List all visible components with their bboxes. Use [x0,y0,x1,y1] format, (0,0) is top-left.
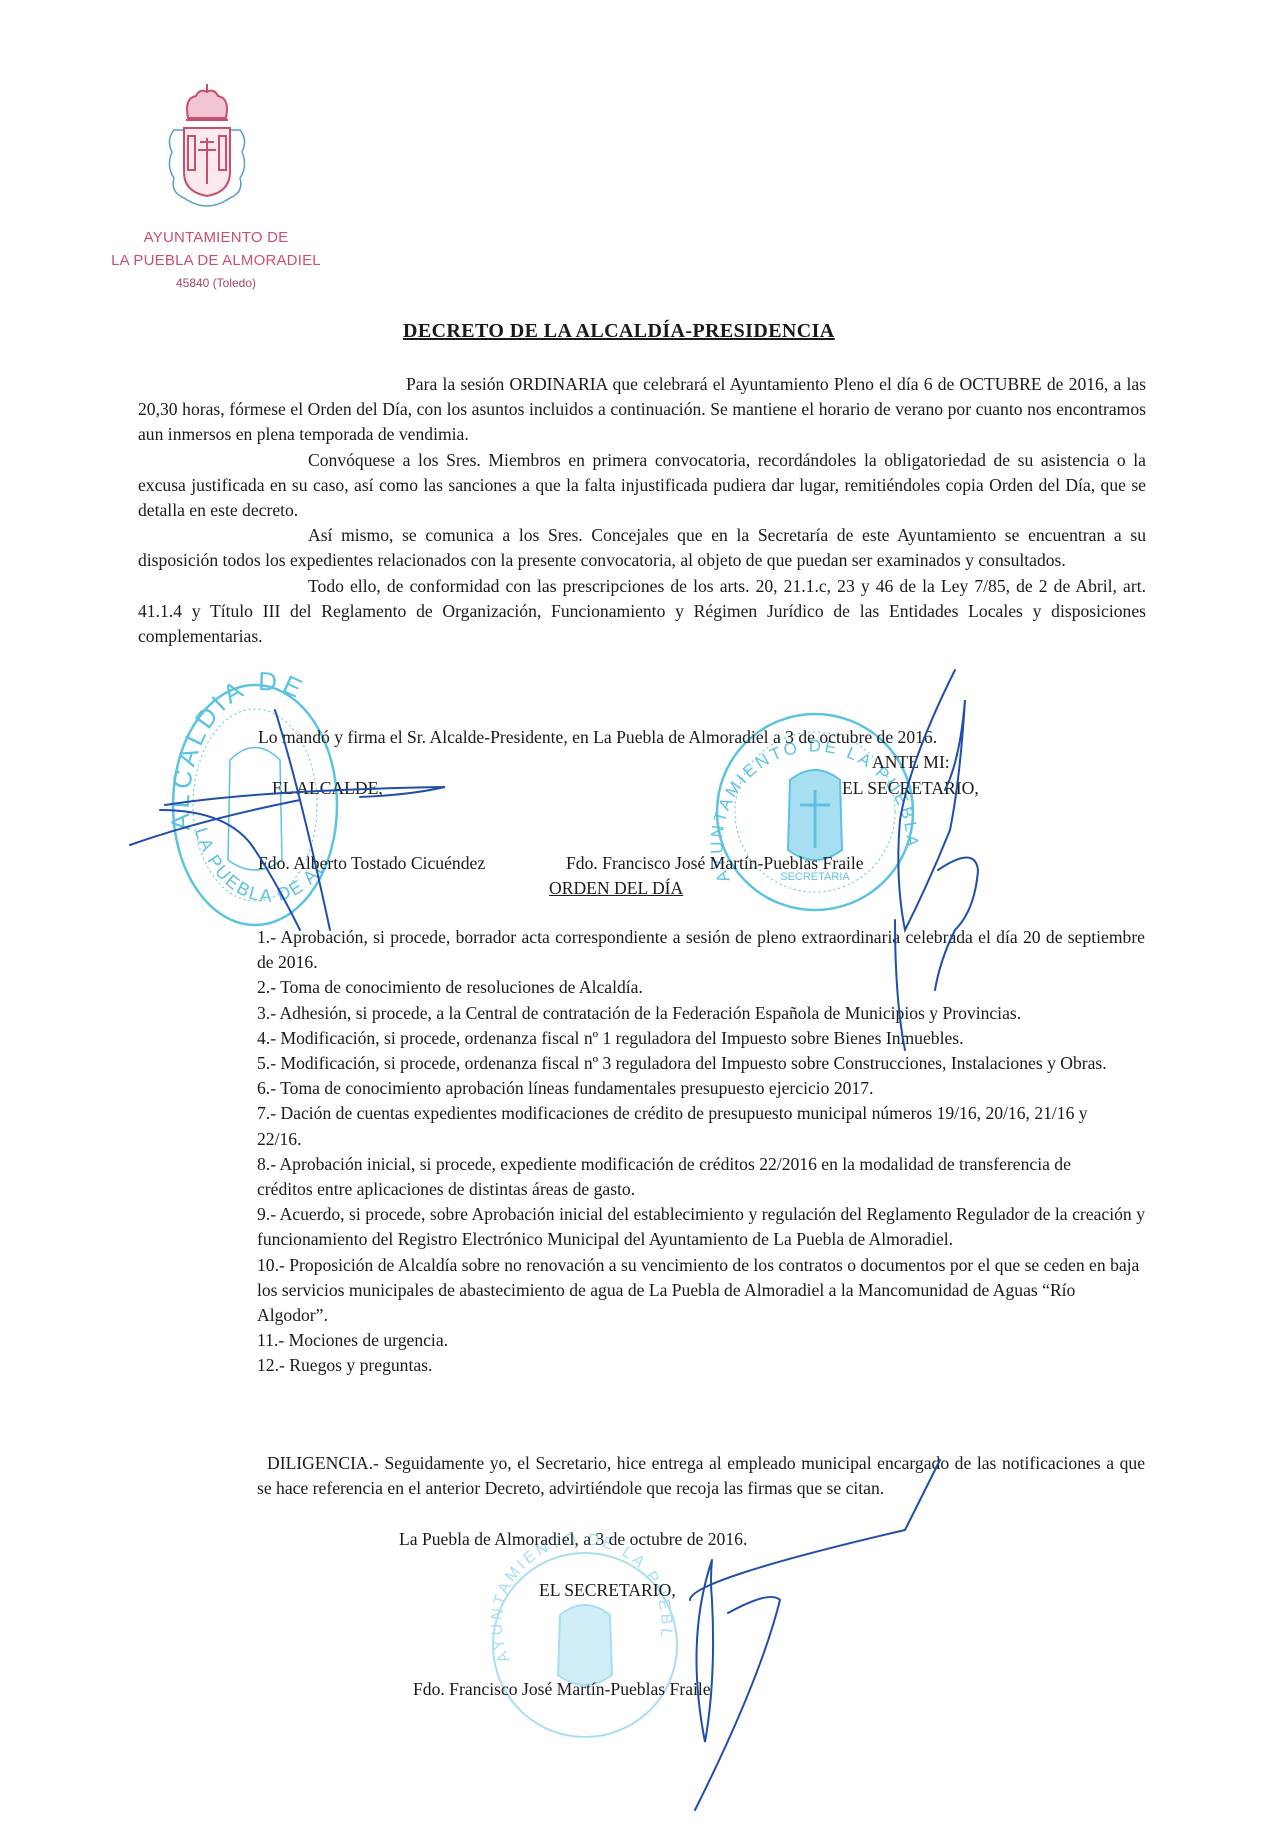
secretario-name: Fdo. Francisco José Martín-Pueblas Frail… [566,851,864,875]
ante-mi-label: ANTE MI: [872,750,950,774]
agenda-item: 6.- Toma de conocimiento aprobación líne… [257,1076,1145,1101]
diligencia-text: DILIGENCIA.- Seguidamente yo, el Secreta… [257,1451,1145,1501]
coat-of-arms-icon [160,80,255,215]
diligencia-secretario-name: Fdo. Francisco José Martín-Pueblas Frail… [413,1677,711,1701]
paragraph-files: Así mismo, se comunica a los Sres. Conce… [138,523,1146,573]
letterhead: AYUNTAMIENTO DE LA PUEBLA DE ALMORADIEL … [96,226,336,294]
letterhead-line-2: LA PUEBLA DE ALMORADIEL [96,250,336,272]
alcalde-label: EL ALCALDE, [272,776,383,800]
agenda-item: 3.- Adhesión, si procede, a la Central d… [257,1001,1137,1026]
diligencia-block: DILIGENCIA.- Seguidamente yo, el Secreta… [257,1451,1145,1501]
agenda-item: 10.- Proposición de Alcaldía sobre no re… [257,1253,1145,1329]
agenda-list: 1.- Aprobación, si procede, borrador act… [257,925,1145,1379]
agenda-item: 12.- Ruegos y preguntas. [257,1353,1145,1378]
diligencia-place-date: La Puebla de Almoradiel, a 3 de octubre … [399,1527,747,1551]
agenda-item: 9.- Acuerdo, si procede, sobre Aprobació… [257,1202,1145,1252]
diligencia-secretario-label: EL SECRETARIO, [539,1578,676,1602]
document-title: DECRETO DE LA ALCALDÍA-PRESIDENCIA [403,320,835,343]
agenda-item: 8.- Aprobación inicial, si procede, expe… [257,1152,1127,1202]
agenda-item: 11.- Mociones de urgencia. [257,1328,1145,1353]
decree-body: Para la sesión ORDINARIA que celebrará e… [138,372,1146,649]
orden-del-dia-title: ORDEN DEL DÍA [549,876,683,900]
alcalde-name: Fdo. Alberto Tostado Cicuéndez [258,851,485,875]
paragraph-convocation: Convóquese a los Sres. Miembros en prime… [138,448,1146,524]
secretario-label: EL SECRETARIO, [842,776,979,800]
letterhead-postal: 45840 (Toledo) [96,272,336,294]
paragraph-legal-basis: Todo ello, de conformidad con las prescr… [138,574,1146,650]
agenda-item: 2.- Toma de conocimiento de resoluciones… [257,975,1145,1000]
agenda-item: 4.- Modificación, si procede, ordenanza … [257,1026,1145,1051]
signing-statement: Lo mandó y firma el Sr. Alcalde-Presiden… [258,725,937,749]
agenda-item: 7.- Dación de cuentas expedientes modifi… [257,1101,1117,1151]
diligencia-signature [690,1460,940,1810]
agenda-item: 1.- Aprobación, si procede, borrador act… [257,925,1145,975]
letterhead-line-1: AYUNTAMIENTO DE [96,226,336,250]
agenda-item: 5.- Modificación, si procede, ordenanza … [257,1051,1117,1076]
paragraph-session: Para la sesión ORDINARIA que celebrará e… [138,372,1146,448]
